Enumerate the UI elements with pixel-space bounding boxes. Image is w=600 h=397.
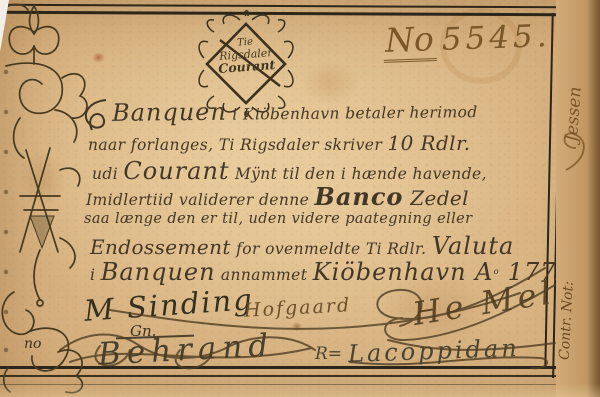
serial-digits: 5545.	[441, 18, 551, 58]
body-text-segment: naar forlanges, Ti Rigsdaler skriver	[88, 136, 388, 154]
body-text-segment: Courant	[123, 157, 229, 185]
body-text-segment: i Kiöbenhavn betaler herimod	[227, 103, 478, 124]
body-line-2: naar forlanges, Ti Rigsdaler skriver 10 …	[88, 131, 471, 155]
body-text-segment: 10 Rdlr.	[388, 131, 471, 155]
serial-prefix: No	[382, 19, 436, 63]
body-text-segment: udi	[92, 165, 123, 183]
banknote: Tie Rigsdaler Courant No5545. Banquen i …	[0, 0, 600, 397]
initial-flourish-icon	[78, 96, 112, 136]
body-line-5: saa længe den er til, uden videre paateg…	[84, 211, 472, 227]
vignette-denomination-text: Tie Rigsdaler Courant	[195, 35, 297, 77]
body-text-segment: Banco	[315, 182, 404, 211]
body-text-segment: Imidlertiid validerer denne	[86, 191, 315, 209]
body-line-4: Imidlertiid validerer denne Banco Zedel	[86, 182, 469, 211]
body-line-3: udi Courant Mÿnt til den i hænde havende…	[92, 157, 487, 185]
body-text-segment: saa længe den er til, uden videre paateg…	[84, 211, 472, 227]
body-text-segment: Mÿnt til den i hænde havende,	[230, 165, 487, 183]
bottom-margin-fade	[0, 383, 600, 397]
body-line-1: Banquen i Kiöbenhavn betaler herimod	[112, 95, 478, 127]
body-text-segment: Zedel	[403, 186, 469, 210]
body-text-segment: Banquen	[112, 98, 227, 127]
signature-flourish-icon	[0, 250, 600, 397]
deckle-edge	[587, 0, 600, 397]
serial-number: No5545.	[382, 15, 551, 60]
